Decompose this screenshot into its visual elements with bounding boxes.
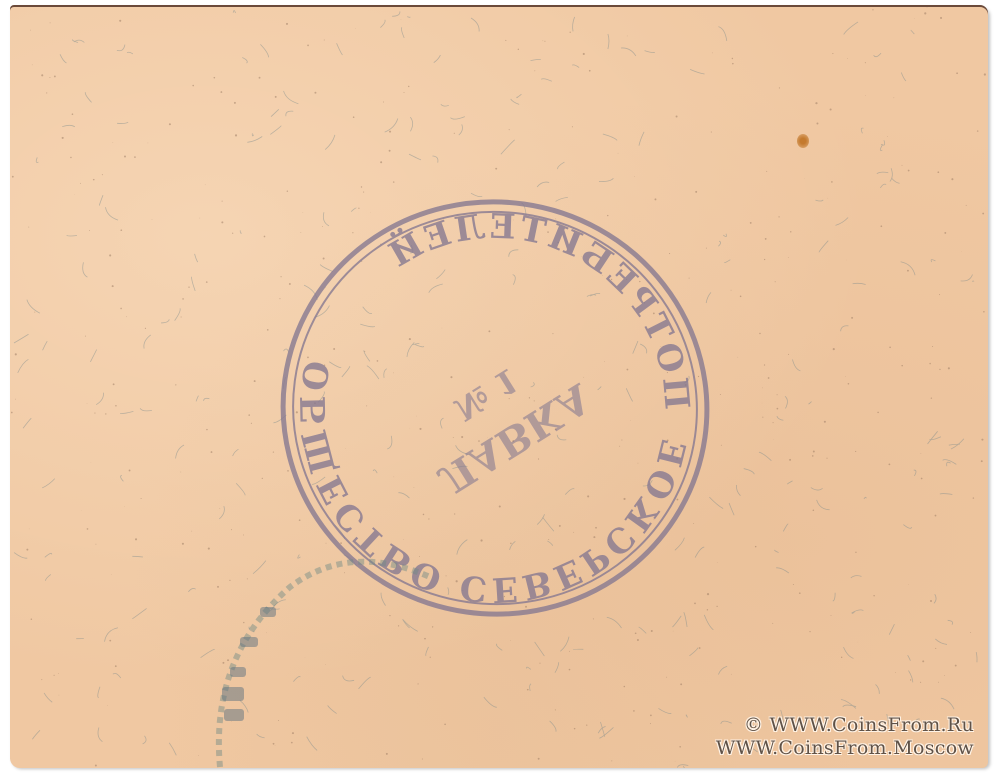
watermark: © WWW.CoinsFrom.Ru WWW.CoinsFrom.Moscow — [716, 714, 974, 760]
watermark-line-2: WWW.CoinsFrom.Moscow — [716, 737, 974, 760]
faded-secondary-stamp — [200, 547, 460, 768]
banknote-reverse: ПОТРЕБИТЕЛЕЙ ОБЩЕСТВО СЕВЕРСКОЕ ЛАВКА № … — [10, 7, 988, 768]
rust-spot — [797, 134, 809, 148]
watermark-line-1: © WWW.CoinsFrom.Ru — [716, 714, 974, 737]
